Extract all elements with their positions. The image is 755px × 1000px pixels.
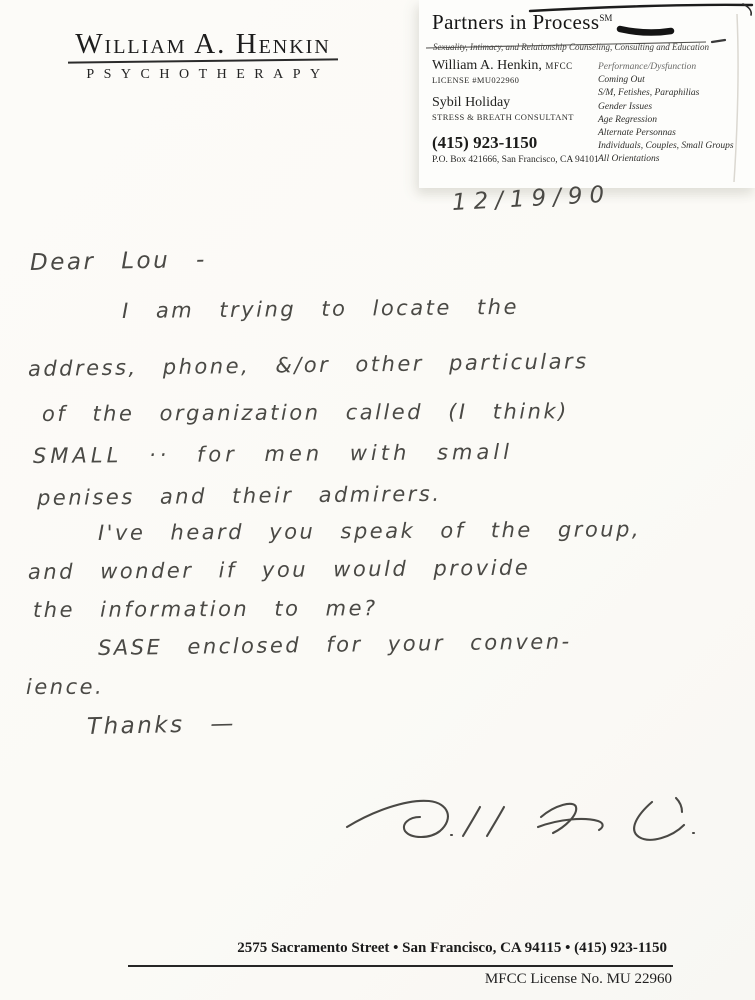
signature-stroke (347, 801, 448, 837)
card-phone: (415) 923-1150 (432, 133, 602, 153)
clientele-item: Individuals, Couples, Small Groups (598, 140, 734, 153)
card-title-text: Partners in Process (432, 10, 599, 34)
body-line: I've heard you speak of the group, (98, 517, 641, 545)
service-mark: SM (599, 13, 612, 23)
closing: Thanks — (87, 711, 236, 740)
services-list: Performance/Dysfunction Coming Out S/M, … (598, 61, 734, 140)
service-item: Age Regression (598, 114, 734, 127)
practitioner2-title: STRESS & BREATH CONSULTANT (432, 112, 602, 122)
letterhead-subtitle: PSYCHOTHERAPY (62, 67, 344, 83)
body-line: penises and their admirers. (37, 482, 442, 510)
signature-stroke (463, 807, 480, 836)
practitioner1-credential: MFCC (545, 61, 572, 71)
card-address: P.O. Box 421666, San Francisco, CA 94101 (432, 155, 602, 165)
body-line: SMALL ·· for men with small (33, 440, 513, 468)
footer-rule (128, 965, 673, 967)
signature-stroke (487, 807, 504, 836)
body-line: the information to me? (33, 596, 378, 622)
spacer (432, 85, 602, 95)
service-item: Gender Issues (598, 101, 734, 114)
service-item: Alternate Personnas (598, 127, 734, 140)
body-line: I am trying to locate the (122, 295, 519, 323)
service-item: S/M, Fetishes, Paraphilias (598, 87, 734, 100)
business-card: Partners in ProcessSM Sexuality, Intimac… (419, 0, 755, 188)
scanned-letter-page: William A. Henkin PSYCHOTHERAPY Partners… (0, 0, 755, 1000)
body-line: ience. (26, 675, 104, 699)
clientele-item: All Orientations (598, 153, 734, 166)
practitioner1-name: William A. Henkin, MFCC (432, 58, 602, 74)
practitioner2-name: Sybil Holiday (432, 95, 602, 111)
card-left-column: William A. Henkin, MFCC LICENSE #MU02296… (432, 58, 602, 165)
body-line: SASE enclosed for your conven- (98, 629, 572, 660)
signature-stroke (634, 802, 684, 840)
letterhead-name: William A. Henkin (62, 28, 344, 60)
service-item: Coming Out (598, 74, 734, 87)
card-title: Partners in ProcessSM (432, 10, 612, 35)
signature (347, 798, 694, 840)
body-line: address, phone, &/or other particulars (28, 349, 589, 381)
body-line: of the organization called (I think) (42, 399, 569, 426)
body-line: and wonder if you would provide (28, 556, 530, 584)
signature-stroke (541, 804, 576, 833)
practitioner1-license: LICENSE #MU022960 (432, 75, 602, 85)
signature-stroke (676, 798, 682, 812)
card-right-column: Performance/Dysfunction Coming Out S/M, … (598, 61, 734, 167)
card-tagline: Sexuality, Intimacy, and Relationship Co… (433, 42, 709, 52)
signature-stroke (538, 819, 603, 830)
footer-license: MFCC License No. MU 22960 (0, 971, 672, 988)
service-item: Performance/Dysfunction (598, 61, 734, 74)
clientele-list: Individuals, Couples, Small Groups All O… (598, 140, 734, 166)
salutation: Dear Lou - (30, 247, 207, 276)
footer-address: 2575 Sacramento Street • San Francisco, … (0, 940, 667, 957)
letterhead: William A. Henkin PSYCHOTHERAPY (62, 28, 344, 83)
